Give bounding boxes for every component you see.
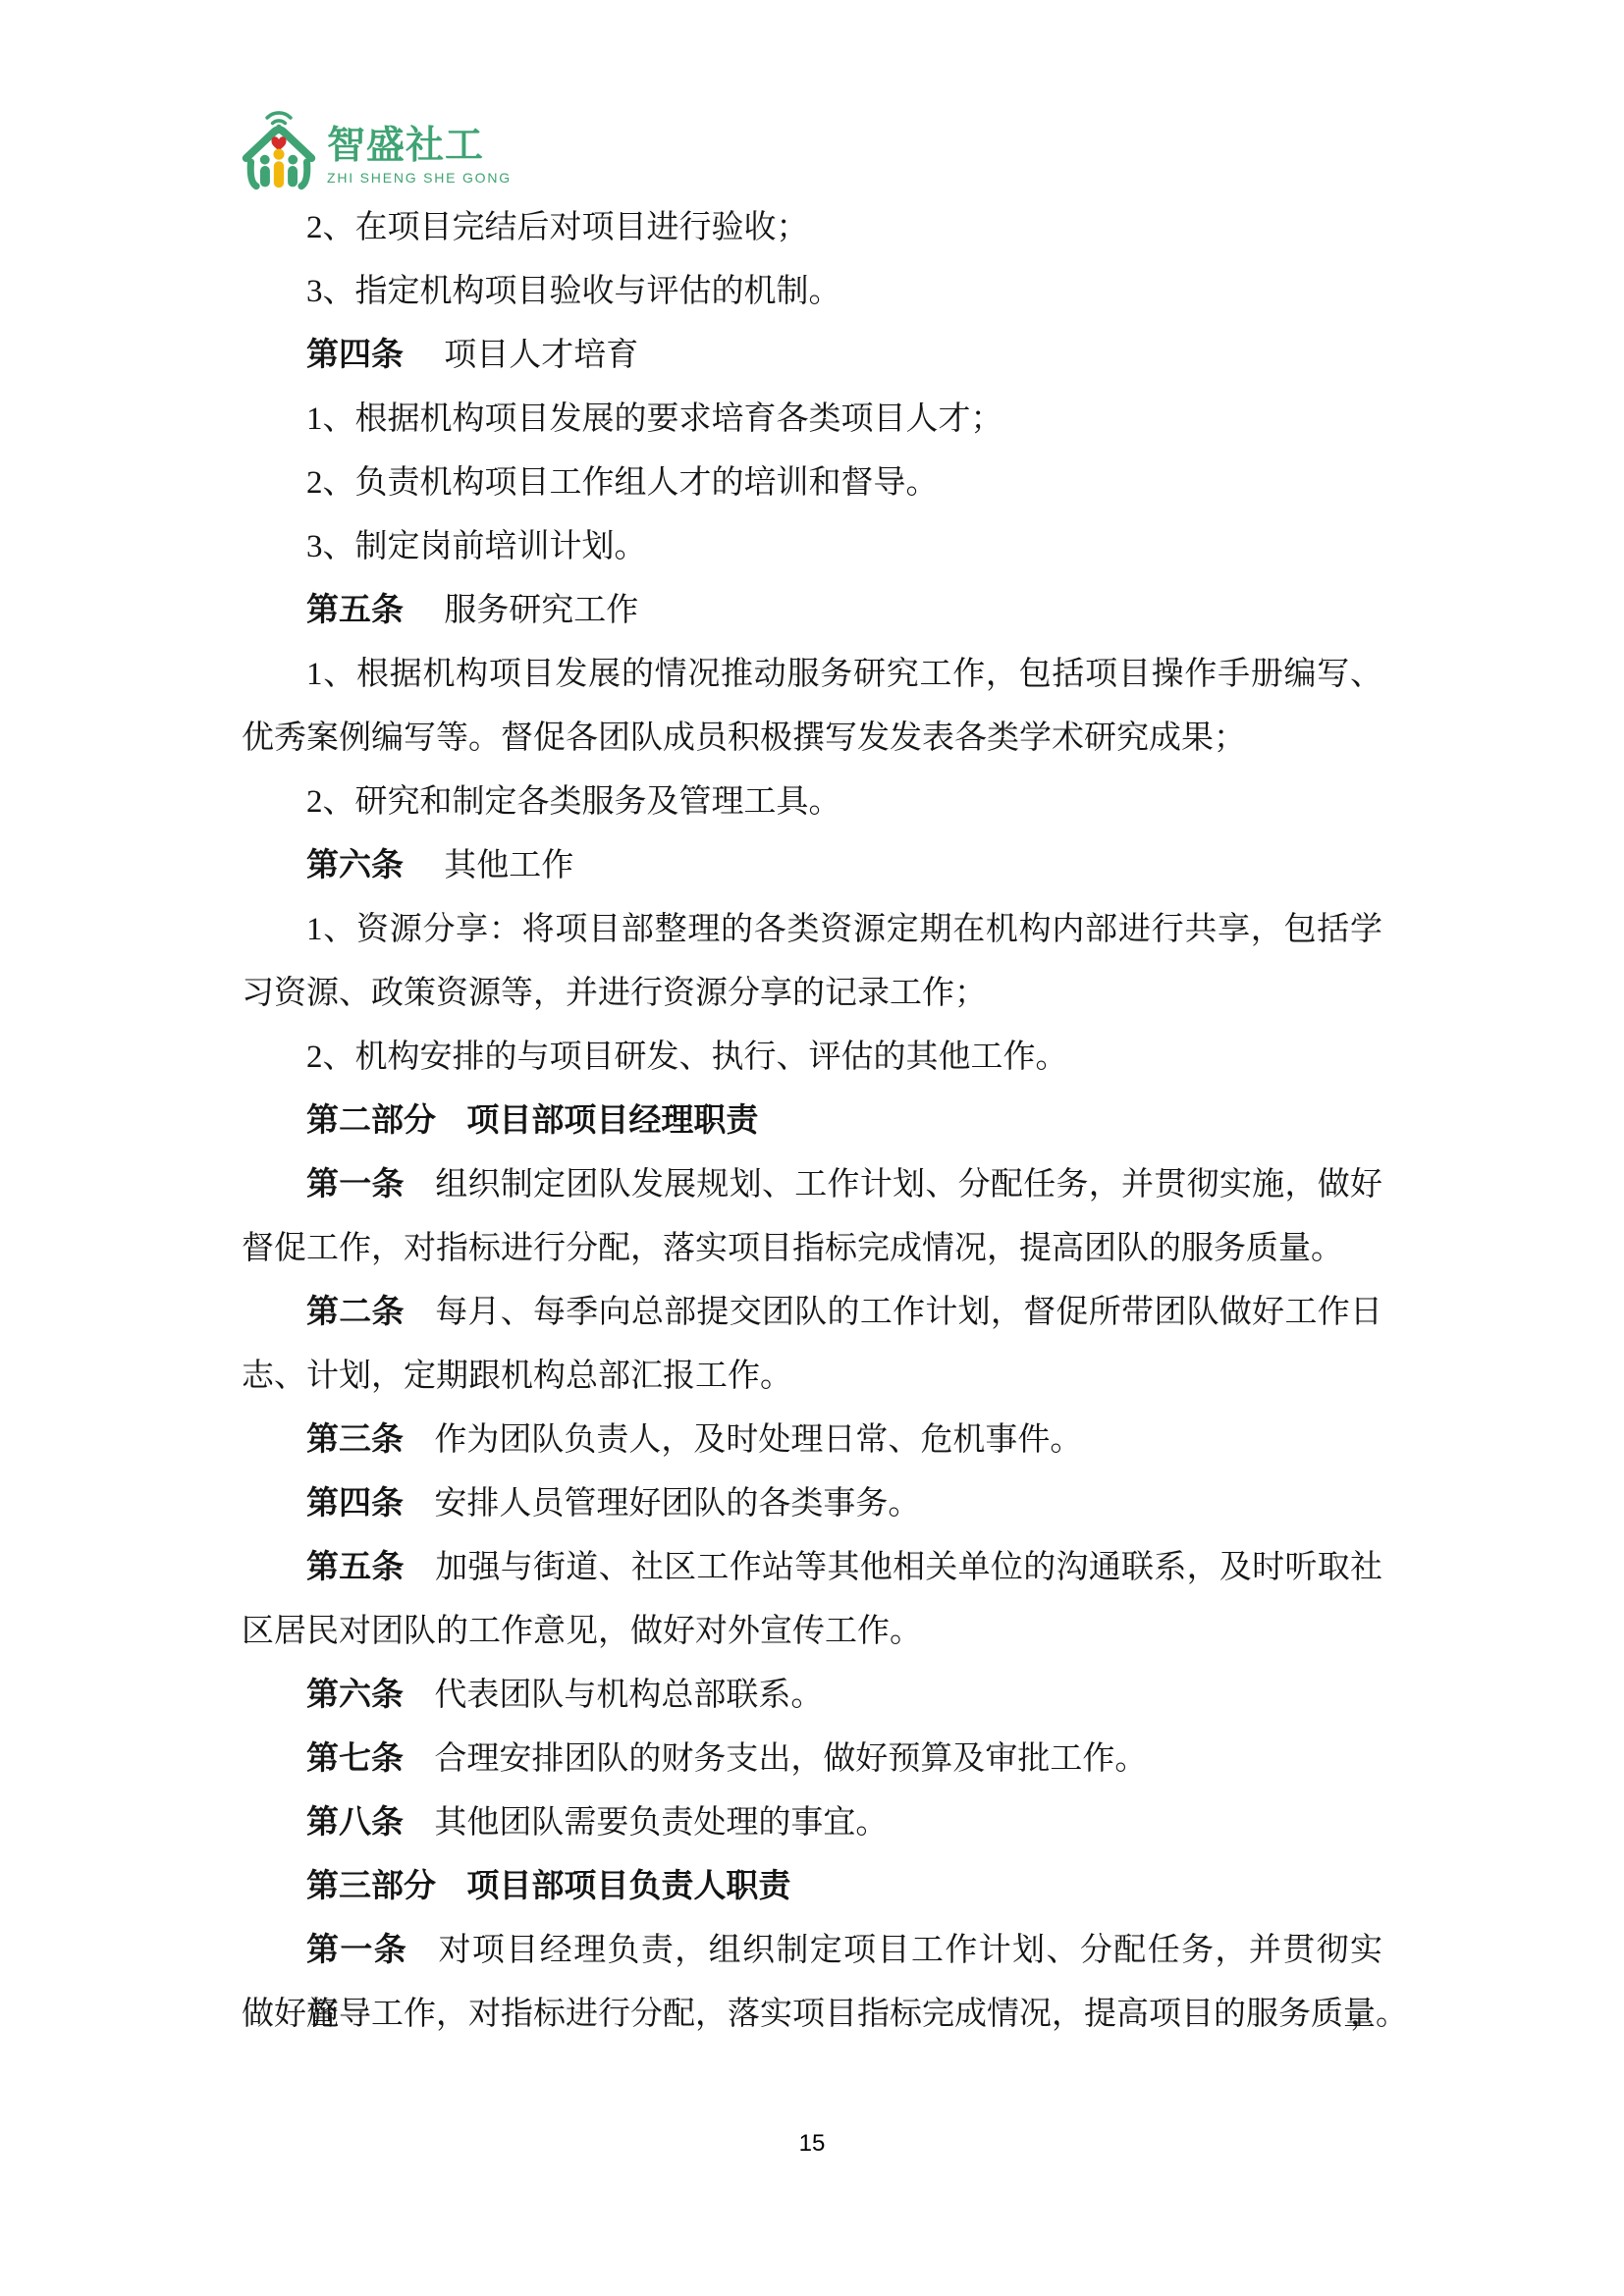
line-text: 习资源、政策资源等，并进行资源分享的记录工作； (242, 976, 987, 1011)
text-line: 区居民对团队的工作意见，做好对外宣传工作。 (242, 1600, 1382, 1664)
text-line: 第三部分项目部项目负责人职责 (242, 1855, 1382, 1919)
text-line: 3、指定机构项目验收与评估的机制。 (242, 260, 1382, 324)
logo-subtitle: ZHI SHENG SHE GONG (327, 170, 512, 186)
line-text: 2、在项目完结后对项目进行验收； (306, 210, 809, 245)
line-text: 每月、每季向总部提交团队的工作计划，督促所带团队做好工作日 (435, 1295, 1382, 1330)
text-line: 第二条每月、每季向总部提交团队的工作计划，督促所带团队做好工作日 (242, 1281, 1382, 1345)
text-line: 第一条对项目经理负责，组织制定项目工作计划、分配任务，并贯彻实施， (242, 1919, 1382, 1983)
line-text: 项目部项目经理职责 (466, 1103, 758, 1139)
text-line: 1、根据机构项目发展的情况推动服务研究工作，包括项目操作手册编写、 (242, 643, 1382, 707)
text-line: 2、机构安排的与项目研发、执行、评估的其他工作。 (242, 1026, 1382, 1090)
article-label: 第七条 (306, 1741, 404, 1777)
line-text: 其他团队需要负责处理的事宜。 (434, 1805, 888, 1841)
text-line: 第一条组织制定团队发展规划、工作计划、分配任务，并贯彻实施，做好 (242, 1153, 1382, 1217)
line-text: 合理安排团队的财务支出，做好预算及审批工作。 (434, 1741, 1147, 1777)
text-line: 3、制定岗前培训计划。 (242, 515, 1382, 579)
text-line: 第三条作为团队负责人，及时处理日常、危机事件。 (242, 1409, 1382, 1472)
line-text: 1、资源分享：将项目部整理的各类资源定期在机构内部进行共享，包括学 (306, 912, 1382, 947)
text-line: 督促工作，对指标进行分配，落实项目指标完成情况，提高团队的服务质量。 (242, 1217, 1382, 1281)
article-label: 第五条 (306, 593, 404, 628)
line-text: 3、制定岗前培训计划。 (306, 529, 647, 564)
line-text: 区居民对团队的工作意见，做好对外宣传工作。 (242, 1614, 922, 1649)
text-line: 第五条服务研究工作 (242, 579, 1382, 643)
line-text: 2、研究和制定各类服务及管理工具。 (306, 784, 841, 820)
article-label: 第八条 (306, 1805, 404, 1841)
text-line: 第二部分项目部项目经理职责 (242, 1090, 1382, 1153)
line-text: 组织制定团队发展规划、工作计划、分配任务，并贯彻实施，做好 (435, 1167, 1382, 1202)
text-line: 第六条其他工作 (242, 834, 1382, 898)
text-line: 第八条其他团队需要负责处理的事宜。 (242, 1791, 1382, 1855)
text-line: 1、根据机构项目发展的要求培育各类项目人才； (242, 388, 1382, 452)
line-text: 志、计划，定期跟机构总部汇报工作。 (242, 1359, 792, 1394)
house-family-logo-icon (242, 110, 316, 192)
text-line: 第四条项目人才培育 (242, 324, 1382, 388)
article-label: 第五条 (306, 1550, 405, 1585)
line-text: 2、负责机构项目工作组人才的培训和督导。 (306, 465, 939, 501)
text-line: 第七条合理安排团队的财务支出，做好预算及审批工作。 (242, 1728, 1382, 1791)
logo: 智盛社工 ZHI SHENG SHE GONG (242, 110, 512, 192)
article-label: 第一条 (306, 1167, 405, 1202)
document-body: 2、在项目完结后对项目进行验收；3、指定机构项目验收与评估的机制。第四条项目人才… (242, 196, 1382, 2047)
line-text: 安排人员管理好团队的各类事务。 (434, 1486, 920, 1522)
logo-text: 智盛社工 ZHI SHENG SHE GONG (327, 127, 512, 186)
article-label: 第二部分 (306, 1103, 436, 1139)
article-label: 第六条 (306, 1678, 404, 1713)
text-line: 习资源、政策资源等，并进行资源分享的记录工作； (242, 962, 1382, 1026)
logo-title: 智盛社工 (327, 127, 512, 165)
line-text: 做好督导工作，对指标进行分配，落实项目指标完成情况，提高项目的服务质量。 (242, 1997, 1408, 2032)
article-label: 第四条 (306, 338, 404, 373)
line-text: 项目部项目负责人职责 (466, 1869, 790, 1904)
text-line: 做好督导工作，对指标进行分配，落实项目指标完成情况，提高项目的服务质量。 (242, 1983, 1382, 2047)
text-line: 志、计划，定期跟机构总部汇报工作。 (242, 1345, 1382, 1409)
text-line: 优秀案例编写等。督促各团队成员积极撰写发发表各类学术研究成果； (242, 707, 1382, 771)
article-label: 第二条 (306, 1295, 405, 1330)
line-text: 代表团队与机构总部联系。 (434, 1678, 823, 1713)
article-label: 第三条 (306, 1422, 404, 1458)
article-label: 第四条 (306, 1486, 404, 1522)
line-text: 项目人才培育 (444, 338, 638, 373)
text-line: 第四条安排人员管理好团队的各类事务。 (242, 1472, 1382, 1536)
text-line: 2、负责机构项目工作组人才的培训和督导。 (242, 452, 1382, 515)
line-text: 加强与街道、社区工作站等其他相关单位的沟通联系，及时听取社 (435, 1550, 1382, 1585)
text-line: 第六条代表团队与机构总部联系。 (242, 1664, 1382, 1728)
line-text: 作为团队负责人，及时处理日常、危机事件。 (434, 1422, 1082, 1458)
line-text: 3、指定机构项目验收与评估的机制。 (306, 274, 841, 309)
document-page: 智盛社工 ZHI SHENG SHE GONG 2、在项目完结后对项目进行验收；… (0, 0, 1624, 2296)
line-text: 督促工作，对指标进行分配，落实项目指标完成情况，提高团队的服务质量。 (242, 1231, 1343, 1266)
page-number: 15 (0, 2130, 1624, 2158)
text-line: 第五条加强与街道、社区工作站等其他相关单位的沟通联系，及时听取社 (242, 1536, 1382, 1600)
text-line: 2、研究和制定各类服务及管理工具。 (242, 771, 1382, 834)
line-text: 1、根据机构项目发展的情况推动服务研究工作，包括项目操作手册编写、 (306, 657, 1382, 692)
line-text: 优秀案例编写等。督促各团队成员积极撰写发发表各类学术研究成果； (242, 721, 1246, 756)
article-label: 第三部分 (306, 1869, 436, 1904)
line-text: 其他工作 (444, 848, 573, 883)
article-label: 第六条 (306, 848, 404, 883)
line-text: 1、根据机构项目发展的要求培育各类项目人才； (306, 401, 1003, 437)
line-text: 2、机构安排的与项目研发、执行、评估的其他工作。 (306, 1040, 1068, 1075)
article-label: 第一条 (306, 1933, 407, 1968)
text-line: 1、资源分享：将项目部整理的各类资源定期在机构内部进行共享，包括学 (242, 898, 1382, 962)
line-text: 服务研究工作 (444, 593, 638, 628)
text-line: 2、在项目完结后对项目进行验收； (242, 196, 1382, 260)
